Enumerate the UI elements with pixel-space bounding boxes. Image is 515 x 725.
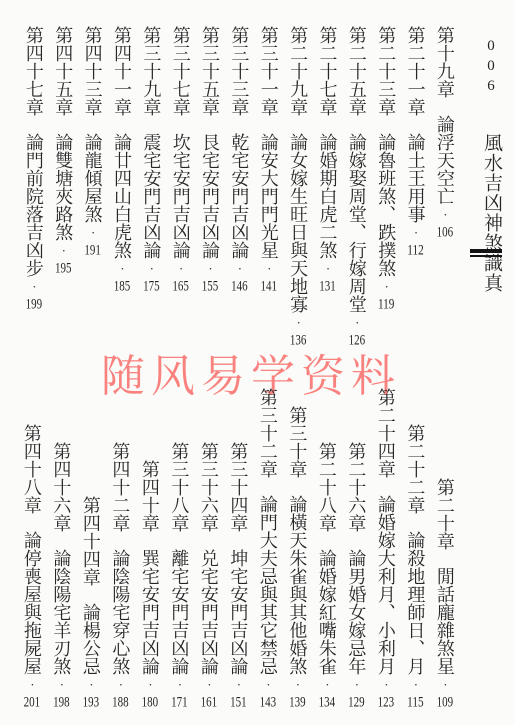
page-number: 188 — [112, 695, 128, 710]
chapter-number: 第四十三章 — [83, 26, 103, 116]
toc-bottom-section: 第二十章閒話龐雜煞星·109第二十二章論殺地理師日、月·115第二十四章論婚嫁大… — [22, 388, 454, 710]
toc-entry: 第三十六章兑宅安門吉凶論·161 — [199, 442, 218, 710]
chapter-number: 第二十一章 — [406, 26, 426, 116]
toc-entry: 第三十五章艮宅安門吉凶論·155 — [200, 26, 219, 294]
chapter-title: 坤宅安門吉凶論 — [228, 549, 248, 675]
chapter-title: 巽宅安門吉凶論 — [140, 549, 160, 675]
dot-separator: · — [261, 677, 276, 692]
chapter-number: 第二十六章 — [346, 442, 366, 532]
page-number: 171 — [171, 695, 187, 710]
chapter-number: 第四十八章 — [22, 424, 42, 514]
toc-entry: 第四十章巽宅安門吉凶論·180 — [140, 460, 159, 710]
chapter-title: 論雙塘夾路煞 — [53, 133, 73, 241]
dot-separator: · — [86, 225, 101, 240]
dot-separator: · — [144, 261, 159, 276]
page-number: 131 — [319, 279, 335, 294]
chapter-title: 論土王用事 — [406, 133, 426, 223]
chapter-number: 第二十章 — [435, 478, 455, 550]
chapter-title: 論殺地理師日、月 — [405, 531, 425, 675]
toc-top-section: 第十九章論浮天空亡·106第二十一章論土王用事·112第二十三章論魯班煞、跌撲煞… — [24, 26, 454, 346]
dot-separator: · — [56, 243, 71, 258]
toc-entry: 第三十二章論門大夫忌與其它禁忌·143 — [258, 388, 277, 710]
page-number: 161 — [201, 695, 217, 710]
toc-entry: 第十九章論浮天空亡·106 — [435, 26, 454, 240]
dot-separator: · — [113, 677, 128, 692]
chapter-number: 第三十一章 — [259, 26, 279, 116]
toc-entry: 第二十九章論女嫁生旺日與天地寡·136 — [288, 26, 307, 348]
chapter-title: 論門大夫忌與其它禁忌 — [258, 495, 278, 675]
chapter-number: 第二十四章 — [376, 388, 396, 478]
dot-separator: · — [290, 677, 305, 692]
chapter-title: 震宅安門吉凶論 — [141, 133, 161, 259]
toc-entry: 第四十二章論陰陽宅穿心煞·188 — [111, 442, 130, 710]
dot-separator: · — [174, 261, 189, 276]
chapter-number: 第二十二章 — [405, 424, 425, 514]
page-number: 129 — [348, 695, 364, 710]
dot-separator: · — [172, 677, 187, 692]
chapter-number: 第三十七章 — [171, 26, 191, 116]
chapter-number: 第三十三章 — [229, 26, 249, 116]
chapter-title: 閒話龐雜煞星 — [435, 567, 455, 675]
chapter-title: 艮宅安門吉凶論 — [200, 133, 220, 259]
toc-entry: 第二十八章論婚嫁紅嘴朱雀·134 — [317, 442, 336, 710]
chapter-title: 論婚期白虎二煞 — [317, 133, 337, 259]
toc-entry: 第四十八章論停喪屋與拖屍屋·201 — [22, 424, 41, 710]
dot-separator: · — [54, 677, 69, 692]
chapter-title: 論女嫁生旺日與天地寡 — [288, 133, 308, 313]
dot-separator: · — [203, 261, 218, 276]
toc-entry: 第三十四章坤宅安門吉凶論·151 — [229, 442, 248, 710]
page-number: 134 — [319, 695, 335, 710]
chapter-number: 第三十章 — [287, 406, 307, 478]
page-number: 180 — [142, 695, 158, 710]
dot-separator: · — [291, 315, 306, 330]
chapter-title: 論陰陽宅穿心煞 — [110, 549, 130, 675]
toc-entry: 第二十三章論魯班煞、跌撲煞·119 — [376, 26, 395, 312]
page-number: 175 — [143, 279, 159, 294]
toc-entry: 第三十一章論安大門門光星·141 — [259, 26, 278, 294]
chapter-title: 論浮天空亡 — [435, 115, 455, 205]
page-number: 201 — [24, 695, 40, 710]
dot-separator: · — [202, 677, 217, 692]
chapter-title: 乾宅安門吉凶論 — [229, 133, 249, 259]
dot-separator: · — [349, 677, 364, 692]
dot-separator: · — [143, 677, 158, 692]
page-number: 112 — [408, 243, 424, 258]
dot-separator: · — [320, 677, 335, 692]
page-number: 155 — [202, 279, 218, 294]
page-number: 198 — [53, 695, 69, 710]
toc-entry: 第三十三章乾宅安門吉凶論·146 — [230, 26, 249, 294]
dot-separator: · — [409, 225, 424, 240]
dot-separator: · — [84, 677, 99, 692]
dot-separator: · — [438, 677, 453, 692]
chapter-number: 第三十五章 — [200, 26, 220, 116]
chapter-number: 第三十九章 — [141, 26, 161, 116]
dot-separator: · — [438, 207, 453, 222]
dot-separator: · — [379, 677, 394, 692]
title-underline-bar — [470, 249, 502, 257]
toc-entry: 第二十一章論土王用事·112 — [406, 26, 425, 258]
page-number: 185 — [114, 279, 130, 294]
page-number: 123 — [378, 695, 394, 710]
toc-entry: 第二十六章論男婚女嫁忌年·129 — [347, 442, 366, 710]
toc-entry: 第二十七章論婚期白虎二煞·131 — [318, 26, 337, 294]
chapter-number: 第二十三章 — [376, 26, 396, 116]
toc-entry: 第三十章論橫天朱雀與其他婚煞·139 — [288, 406, 307, 710]
chapter-number: 第二十五章 — [347, 26, 367, 116]
chapter-number: 第三十二章 — [258, 388, 278, 478]
toc-entry: 第四十一章論廿四山白虎煞·185 — [112, 26, 131, 294]
chapter-number: 第二十九章 — [288, 26, 308, 116]
chapter-title: 離宅安門吉凶論 — [169, 549, 189, 675]
dot-separator: · — [115, 261, 130, 276]
page-number: 165 — [173, 279, 189, 294]
toc-entry: 第三十七章坎宅安門吉凶論·165 — [171, 26, 190, 294]
chapter-title: 論安大門門光星 — [259, 133, 279, 259]
chapter-title: 論橫天朱雀與其他婚煞 — [287, 495, 307, 675]
page-number: 146 — [231, 279, 247, 294]
dot-separator: · — [379, 279, 394, 294]
toc-entry: 第二十四章論婚嫁大利月、小利月·123 — [376, 388, 395, 710]
chapter-number: 第二十七章 — [317, 26, 337, 116]
chapter-number: 第三十八章 — [169, 442, 189, 532]
page-number: 139 — [289, 695, 305, 710]
toc-entry: 第二十二章論殺地理師日、月·115 — [406, 424, 425, 710]
chapter-title: 論龍傾屋煞 — [83, 133, 103, 223]
chapter-title: 論廿四山白虎煞 — [112, 133, 132, 259]
chapter-title: 論嫁娶周堂、行嫁周堂 — [347, 133, 367, 313]
toc-entry: 第四十五章論雙塘夾路煞·195 — [53, 26, 72, 276]
chapter-title: 論婚嫁紅嘴朱雀 — [317, 549, 337, 675]
chapter-title: 論男婚女嫁忌年 — [346, 549, 366, 675]
toc-entry: 第二十章閒話龐雜煞星·109 — [435, 478, 454, 710]
page-number: 141 — [261, 279, 277, 294]
page-number: 151 — [230, 695, 246, 710]
page-number: 119 — [378, 297, 394, 312]
folio-number: 006 — [483, 38, 499, 98]
page-number: 193 — [83, 695, 99, 710]
toc-entry: 第三十九章震宅安門吉凶論·175 — [141, 26, 160, 294]
chapter-number: 第四十七章 — [24, 26, 44, 116]
toc-entry: 第四十六章論陰陽宅羊刃煞·198 — [52, 442, 71, 710]
dot-separator: · — [232, 261, 247, 276]
chapter-number: 第四十二章 — [110, 442, 130, 532]
toc-entry: 第四十三章論龍傾屋煞·191 — [83, 26, 102, 258]
dot-separator: · — [262, 261, 277, 276]
page-number: 109 — [437, 695, 453, 710]
chapter-title: 論陰陽宅羊刃煞 — [51, 549, 71, 675]
dot-separator: · — [27, 279, 42, 294]
toc-entry: 第四十七章論門前院落吉凶步·199 — [24, 26, 43, 312]
chapter-title: 論門前院落吉凶步 — [24, 133, 44, 277]
page-number: 191 — [85, 243, 101, 258]
chapter-number: 第四十一章 — [112, 26, 132, 116]
page-number: 115 — [407, 695, 423, 710]
page-number: 106 — [437, 225, 453, 240]
dot-separator: · — [320, 261, 335, 276]
chapter-title: 論楊公忌 — [81, 603, 101, 675]
chapter-number: 第二十八章 — [317, 442, 337, 532]
dot-separator: · — [408, 677, 423, 692]
toc-entry: 第二十五章論嫁娶周堂、行嫁周堂·126 — [347, 26, 366, 348]
chapter-number: 第三十六章 — [199, 442, 219, 532]
chapter-title: 兑宅安門吉凶論 — [199, 549, 219, 675]
chapter-title: 坎宅安門吉凶論 — [171, 133, 191, 259]
dot-separator: · — [231, 677, 246, 692]
dot-separator: · — [350, 315, 365, 330]
chapter-number: 第四十六章 — [51, 442, 71, 532]
page-number: 195 — [55, 261, 71, 276]
chapter-number: 第四十五章 — [53, 26, 73, 116]
chapter-number: 第四十章 — [140, 460, 160, 532]
toc-entry: 第四十四章論楊公忌·193 — [81, 496, 100, 710]
dot-separator: · — [25, 677, 40, 692]
book-toc-page: 006 風水吉凶神煞識真 第十九章論浮天空亡·106第二十一章論土王用事·112… — [0, 0, 515, 725]
chapter-title: 論停喪屋與拖屍屋 — [22, 531, 42, 675]
page-number: 199 — [26, 297, 42, 312]
chapter-number: 第三十四章 — [228, 442, 248, 532]
chapter-title: 論魯班煞、跌撲煞 — [376, 133, 396, 277]
book-title: 風水吉凶神煞識真 — [482, 133, 501, 293]
toc-entry: 第三十八章離宅安門吉凶論·171 — [170, 442, 189, 710]
chapter-title: 論婚嫁大利月、小利月 — [376, 495, 396, 675]
chapter-number: 第四十四章 — [81, 496, 101, 586]
page-number: 143 — [260, 695, 276, 710]
chapter-number: 第十九章 — [435, 26, 455, 98]
